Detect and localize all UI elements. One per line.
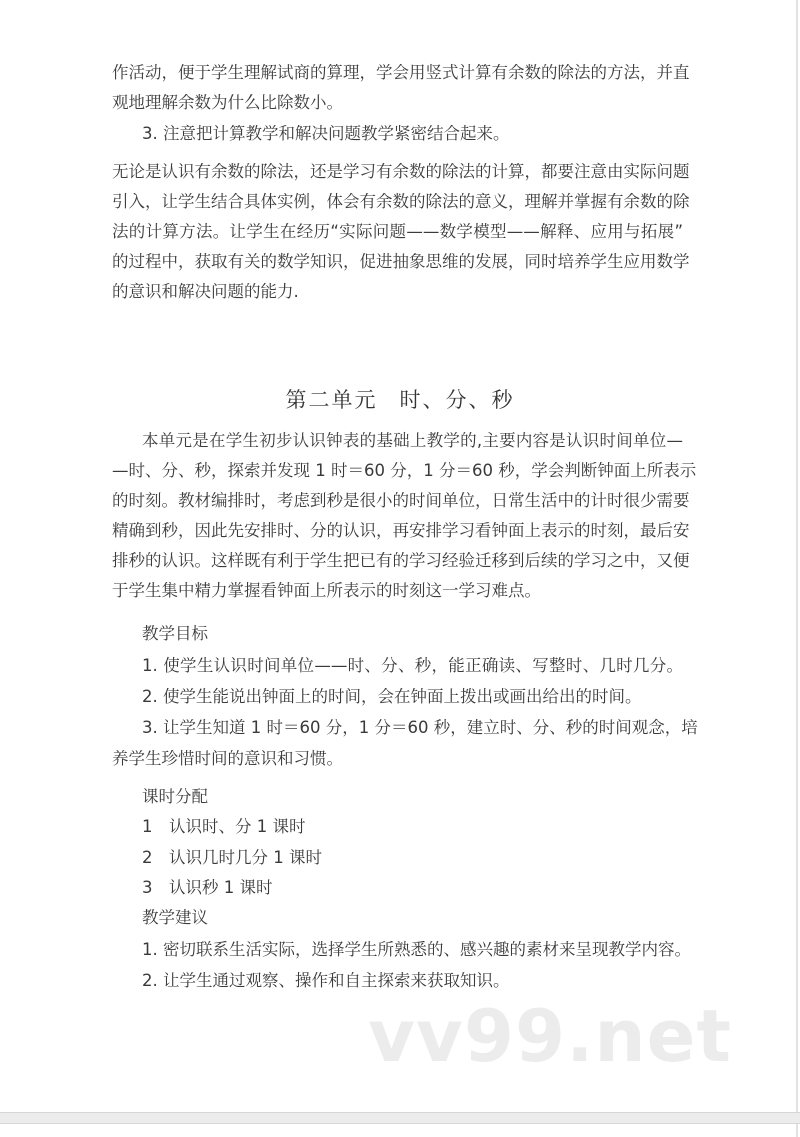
intro-line: —时、分、秒，探索并发现 1 时＝60 分，1 分＝60 秒，学会判断钟面上所表… (112, 459, 683, 483)
paragraph-line: 法的计算方法。让学生在经历“实际问题——数学模型——解释、应用与拓展” (112, 220, 683, 244)
intro-line: 排秒的认识。这样既有利于学生把已有的学习经验迁移到后续的学习之中，又便 (112, 549, 683, 573)
objectives-heading: 教学目标 (142, 622, 208, 646)
schedule-heading: 课时分配 (142, 785, 208, 809)
paragraph-line: 观地理解余数为什么比除数小。 (112, 91, 683, 115)
paragraph-line: 的意识和解决问题的能力. (112, 280, 683, 304)
objective-item: 3. 让学生知道 1 时＝60 分，1 分＝60 秒，建立时、分、秒的时间观念，… (142, 716, 683, 740)
schedule-item: 1 认识时、分 1 课时 (142, 815, 306, 839)
list-item: 3. 注意把计算教学和解决问题教学紧密结合起来。 (142, 122, 510, 146)
suggestions-heading: 教学建议 (142, 906, 208, 930)
paragraph-line: 引入，让学生结合具体实例，体会有余数的除法的意义，理解并掌握有余数的除 (112, 190, 683, 214)
unit-title: 第二单元时、分、秒 (0, 386, 800, 414)
unit-number: 第二单元 (286, 388, 378, 412)
suggestion-item: 1. 密切联系生活实际，选择学生所熟悉的、感兴趣的素材来呈现教学内容。 (142, 938, 691, 962)
unit-topic: 时、分、秒 (400, 388, 515, 412)
watermark: vv99.net (368, 996, 732, 1076)
paragraph-line: 无论是认识有余数的除法，还是学习有余数的除法的计算，都要注意由实际问题 (112, 160, 683, 184)
paragraph-line: 的过程中，获取有关的数学知识，促进抽象思维的发展，同时培养学生应用数学 (112, 250, 683, 274)
objective-item: 1. 使学生认识时间单位——时、分、秒，能正确读、写整时、几时几分。 (142, 654, 683, 678)
suggestion-item: 2. 让学生通过观察、操作和自主探索来获取知识。 (142, 969, 510, 993)
intro-line: 精确到秒，因此先安排时、分的认识，再安排学习看钟面上表示的时刻，最后安 (112, 519, 683, 543)
document-page: 作活动，便于学生理解试商的算理，学会用竖式计算有余数的除法的方法，并直 观地理解… (0, 0, 798, 1112)
next-page-edge (0, 1124, 798, 1137)
objective-continuation: 养学生珍惜时间的意识和习惯。 (112, 747, 683, 771)
schedule-item: 3 认识秒 1 课时 (142, 876, 273, 900)
intro-line: 的时刻。教材编排时，考虑到秒是很小的时间单位，日常生活中的计时很少需要 (112, 489, 683, 513)
intro-line: 于学生集中精力掌握看钟面上所表示的时刻这一学习难点。 (112, 579, 683, 603)
schedule-item: 2 认识几时几分 1 课时 (142, 846, 322, 870)
objective-item: 2. 使学生能说出钟面上的时间，会在钟面上拨出或画出给出的时间。 (142, 685, 642, 709)
page-separator (0, 1112, 800, 1124)
intro-line: 本单元是在学生初步认识钟表的基础上教学的,主要内容是认识时间单位— (142, 429, 683, 453)
paragraph-line: 作活动，便于学生理解试商的算理，学会用竖式计算有余数的除法的方法，并直 (112, 61, 683, 85)
